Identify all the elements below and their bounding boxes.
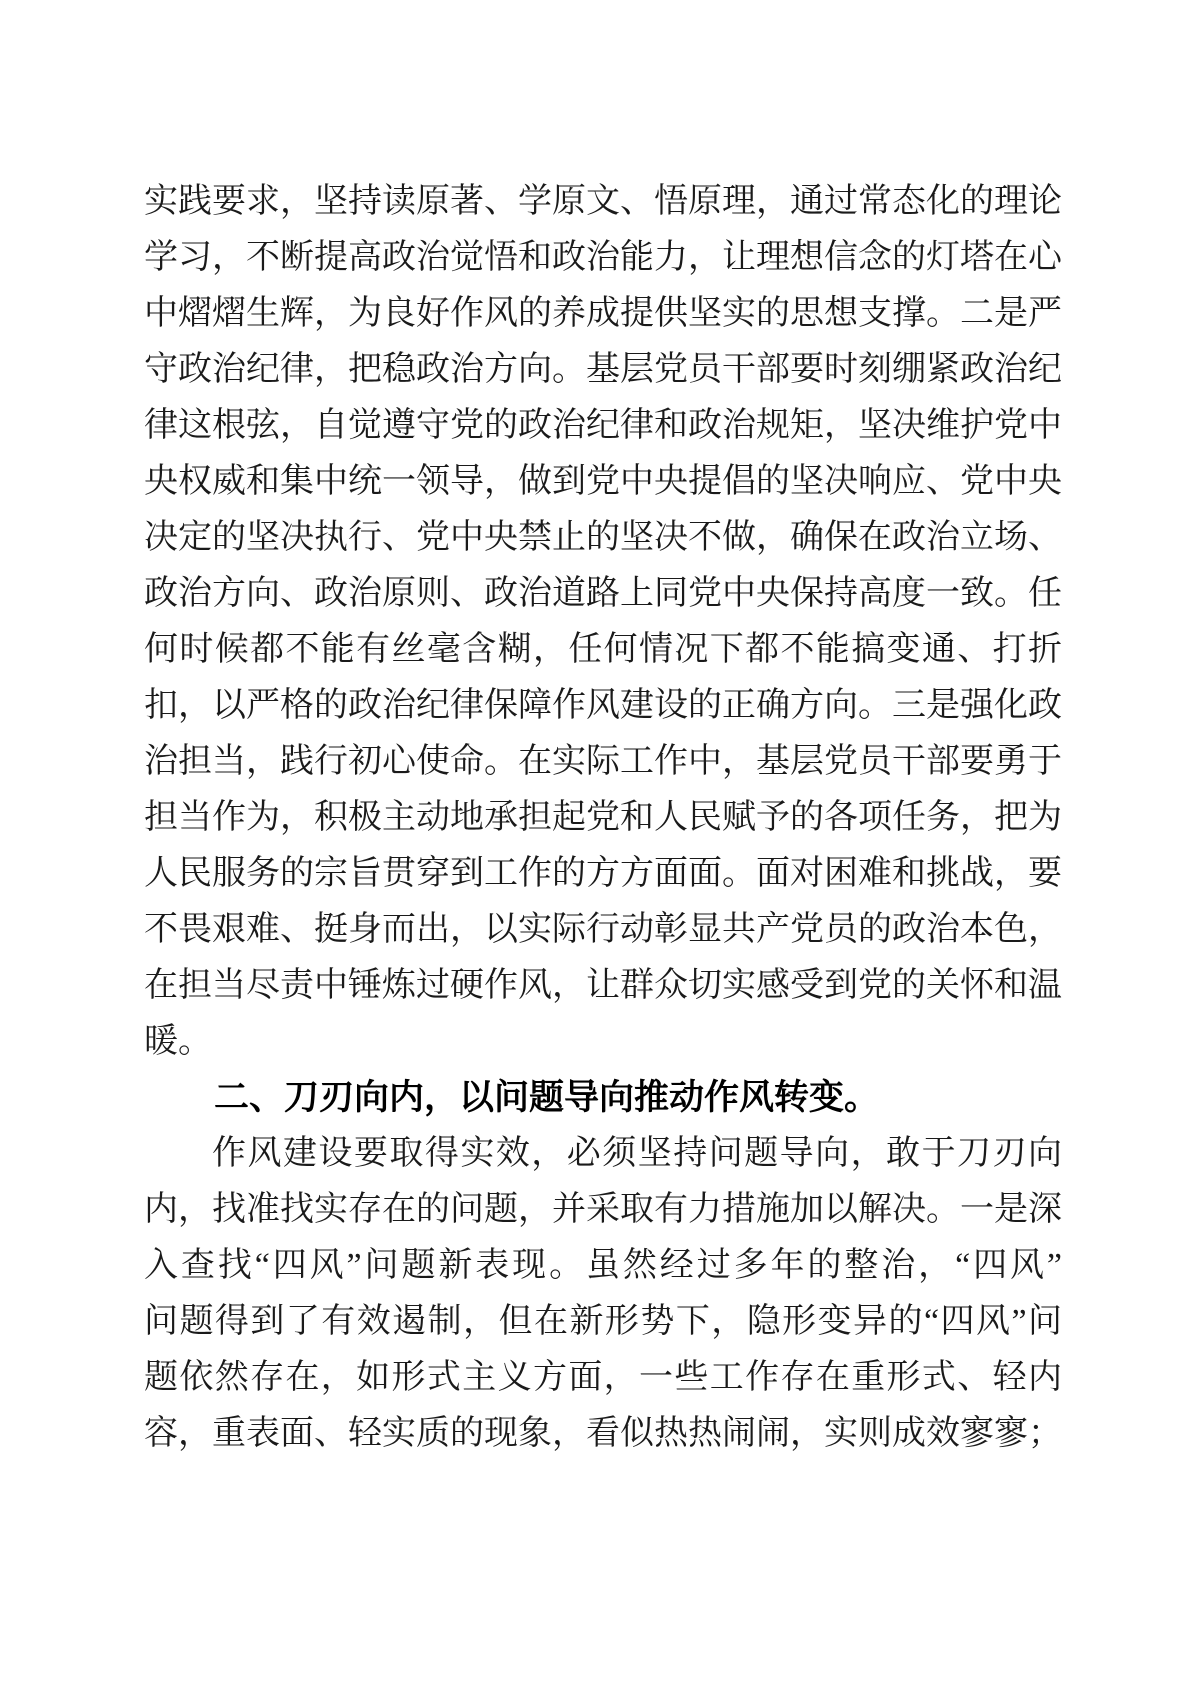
text-line: 担当作为，积极主动地承担起党和人民赋予的各项任务，把为 — [144, 790, 1062, 846]
text-line: 题依然存在，如形式主义方面，一些工作存在重形式、轻内 — [144, 1350, 1062, 1406]
text-line: 何时候都不能有丝毫含糊，任何情况下都不能搞变通、打折 — [144, 622, 1062, 678]
text-line: 政治方向、政治原则、政治道路上同党中央保持高度一致。任 — [144, 566, 1062, 622]
text-line: 实践要求，坚持读原著、学原文、悟原理，通过常态化的理论 — [144, 174, 1062, 230]
text-line: 治担当，践行初心使命。在实际工作中，基层党员干部要勇于 — [144, 734, 1062, 790]
text-line: 央权威和集中统一领导，做到党中央提倡的坚决响应、党中央 — [144, 454, 1062, 510]
text-line: 人民服务的宗旨贯穿到工作的方方面面。面对困难和挑战，要 — [144, 846, 1062, 902]
text-line: 决定的坚决执行、党中央禁止的坚决不做，确保在政治立场、 — [144, 510, 1062, 566]
text-line: 内，找准找实存在的问题，并采取有力措施加以解决。一是深 — [144, 1182, 1062, 1238]
text-column: 实践要求，坚持读原著、学原文、悟原理，通过常态化的理论 学习，不断提高政治觉悟和… — [144, 174, 1062, 1462]
text-line: 律这根弦，自觉遵守党的政治纪律和政治规矩，坚决维护党中 — [144, 398, 1062, 454]
text-line: 在担当尽责中锤炼过硬作风，让群众切实感受到党的关怀和温 — [144, 958, 1062, 1014]
text-line: 中熠熠生辉，为良好作风的养成提供坚实的思想支撑。二是严 — [144, 286, 1062, 342]
text-line: 作风建设要取得实效，必须坚持问题导向，敢于刀刃向 — [144, 1126, 1062, 1182]
text-line: 入查找“四风”问题新表现。虽然经过多年的整治，“四风” — [144, 1238, 1062, 1294]
text-line: 扣，以严格的政治纪律保障作风建设的正确方向。三是强化政 — [144, 678, 1062, 734]
text-line: 暖。 — [144, 1014, 1062, 1070]
text-line: 不畏艰难、挺身而出，以实际行动彰显共产党员的政治本色， — [144, 902, 1062, 958]
document-page: 实践要求，坚持读原著、学原文、悟原理，通过常态化的理论 学习，不断提高政治觉悟和… — [0, 0, 1190, 1683]
text-line: 问题得到了有效遏制，但在新形势下，隐形变异的“四风”问 — [144, 1294, 1062, 1350]
text-line: 容，重表面、轻实质的现象，看似热热闹闹，实则成效寥寥； — [144, 1406, 1062, 1462]
text-line: 守政治纪律，把稳政治方向。基层党员干部要时刻绷紧政治纪 — [144, 342, 1062, 398]
text-line: 学习，不断提高政治觉悟和政治能力，让理想信念的灯塔在心 — [144, 230, 1062, 286]
section-heading: 二、刀刃向内，以问题导向推动作风转变。 — [144, 1070, 1062, 1126]
